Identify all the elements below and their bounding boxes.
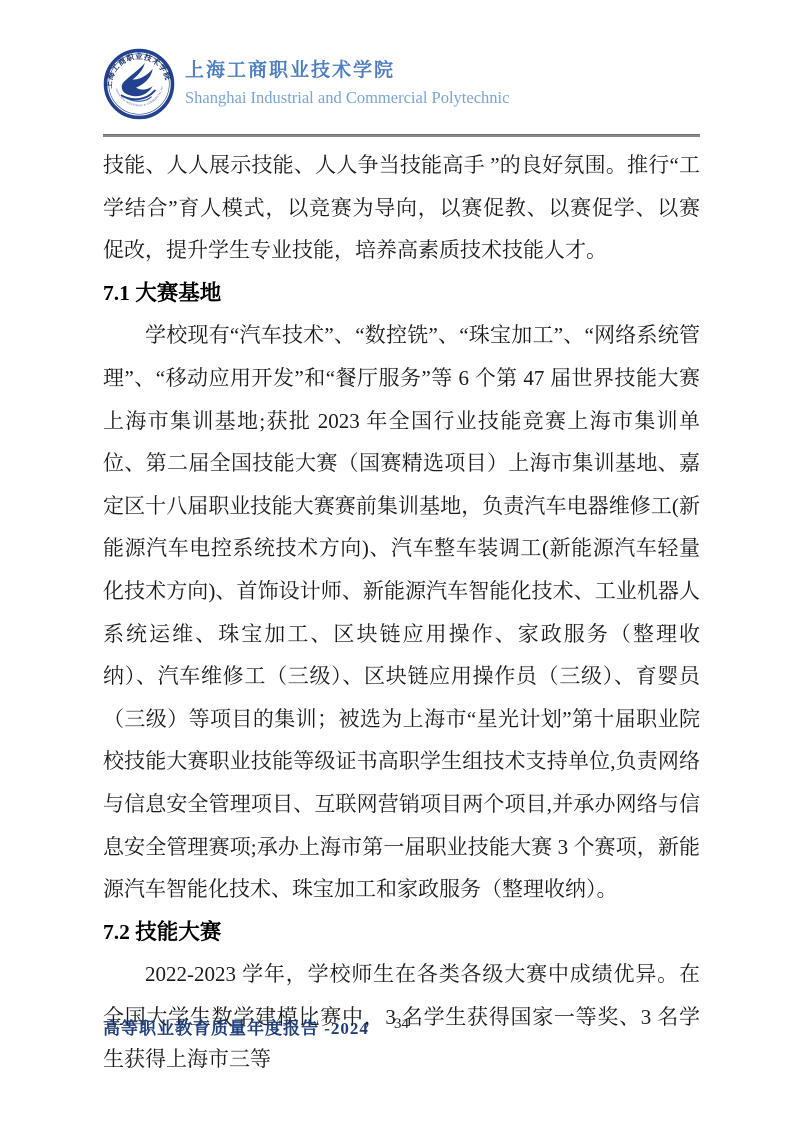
school-titles: 上海工商职业技术学院 Shanghai Industrial and Comme… (185, 60, 509, 108)
section-7-1-paragraph: 学校现有“汽车技术”、“数控铣”、“珠宝加工”、“网络系统管理”、“移动应用开发… (103, 314, 700, 910)
school-name-zh: 上海工商职业技术学院 (185, 60, 509, 83)
page-header: 上海工商职业技术学院 SHANGHAI INDUSTRIAL & COMMERC… (103, 48, 509, 120)
header-divider (103, 134, 700, 137)
section-heading-7-2: 7.2 技能大赛 (103, 911, 700, 954)
school-logo-icon: 上海工商职业技术学院 SHANGHAI INDUSTRIAL & COMMERC… (103, 48, 175, 120)
intro-paragraph: 技能、人人展示技能、人人争当技能高手 ”的良好氛围。推行“工学结合”育人模式，以… (103, 144, 700, 272)
footer-report-title: 高等职业教育质量年度报告 -2024 (103, 1014, 369, 1039)
page-number: 34 (394, 1016, 409, 1033)
school-name-en: Shanghai Industrial and Commercial Polyt… (185, 88, 509, 108)
page-footer: 高等职业教育质量年度报告 -2024 34 (103, 1014, 700, 1042)
document-page: 上海工商职业技术学院 SHANGHAI INDUSTRIAL & COMMERC… (0, 0, 793, 1122)
section-heading-7-1: 7.1 大赛基地 (103, 272, 700, 315)
page-body: 技能、人人展示技能、人人争当技能高手 ”的良好氛围。推行“工学结合”育人模式，以… (103, 144, 700, 1081)
